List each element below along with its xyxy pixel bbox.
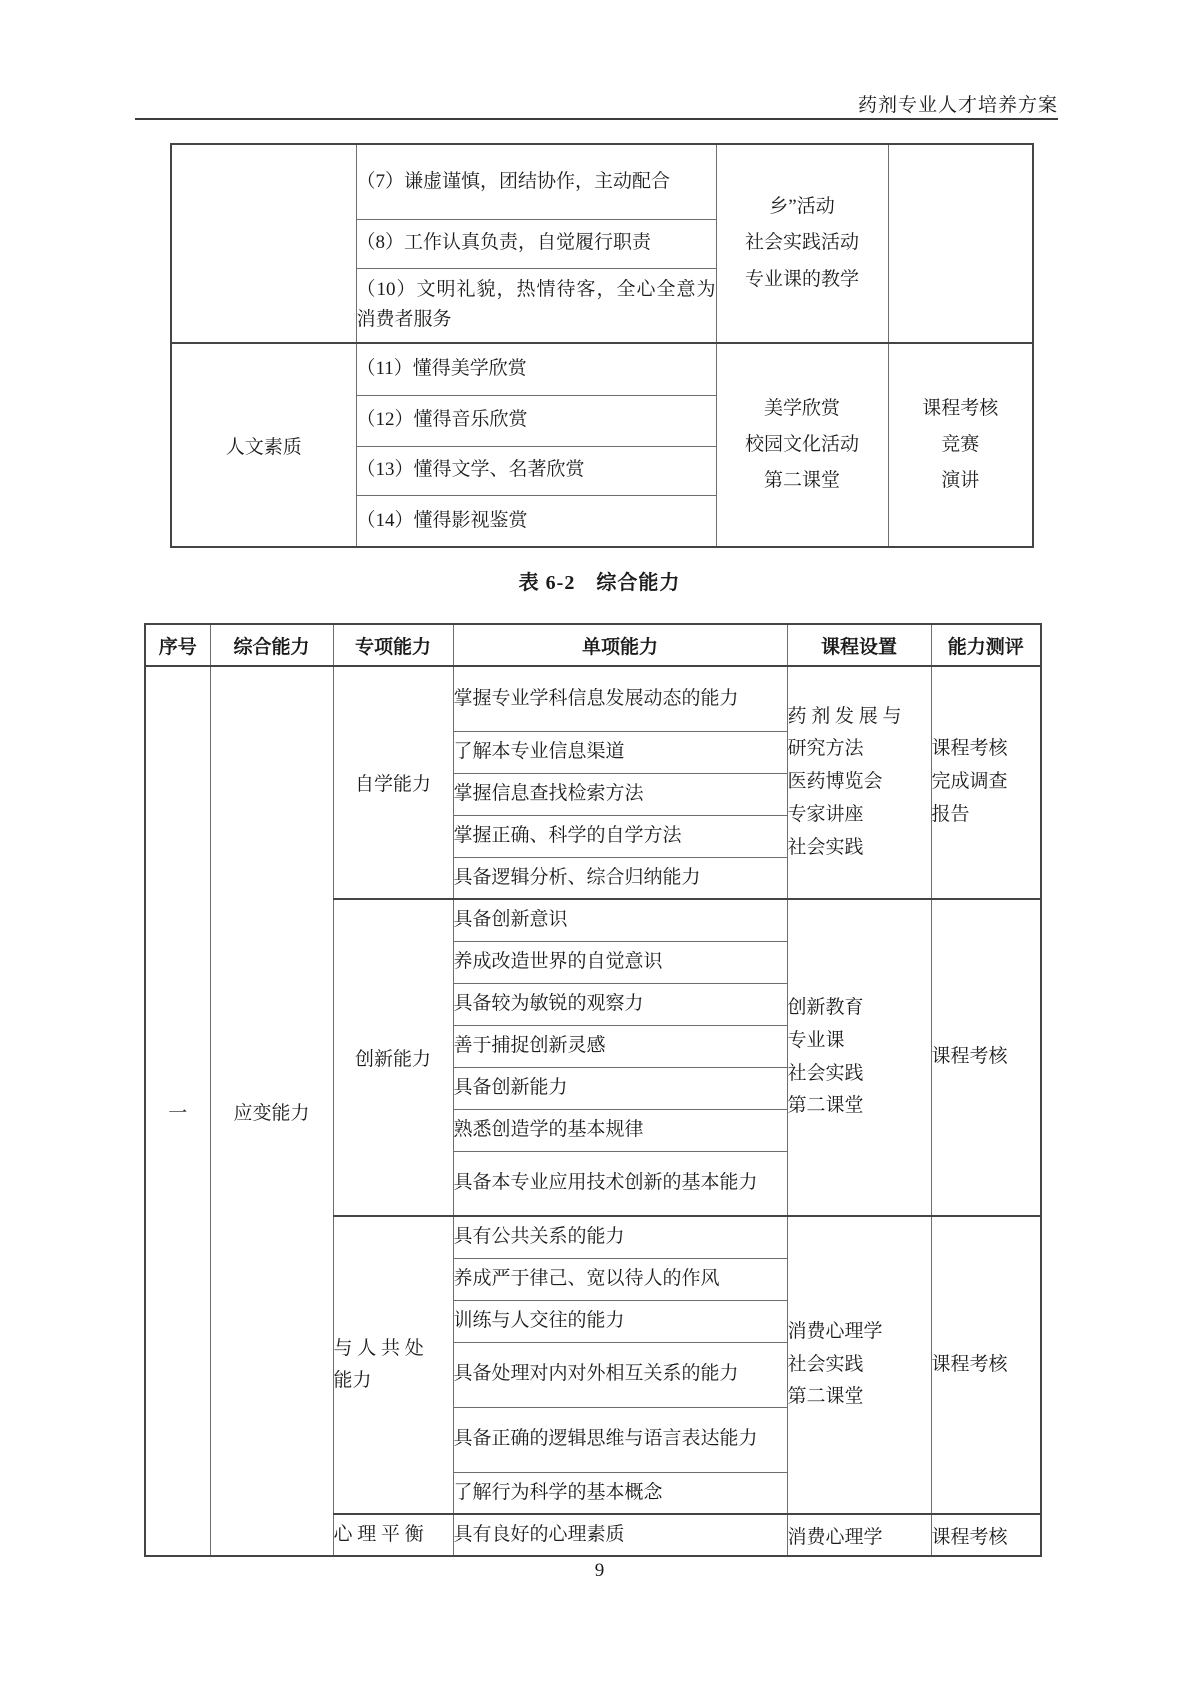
assessment-cell: 课程考核 (931, 899, 1041, 1216)
table-header-row: 序号 综合能力 专项能力 单项能力 课程设置 能力测评 (145, 624, 1041, 666)
assessment-cell-empty (888, 144, 1033, 343)
individual-ability-cell: 具有公共关系的能力 (453, 1216, 787, 1258)
quality-item-cell: （12）懂得音乐欣赏 (356, 395, 716, 446)
individual-ability-cell: 熟悉创造学的基本规律 (453, 1109, 787, 1151)
specific-ability-cell: 创新能力 (333, 899, 453, 1216)
individual-ability-cell: 具有良好的心理素质 (453, 1514, 787, 1556)
specific-ability-cell: 与 人 共 处 能力 (333, 1216, 453, 1514)
individual-ability-cell: 具备较为敏锐的观察力 (453, 983, 787, 1025)
courses-cell: 美学欣赏 校园文化活动 第二课堂 (716, 343, 888, 547)
individual-ability-cell: 了解本专业信息渠道 (453, 731, 787, 773)
individual-ability-cell: 掌握正确、科学的自学方法 (453, 815, 787, 857)
assessment-cell: 课程考核 竞赛 演讲 (888, 343, 1033, 547)
table-row: 人文素质 （11）懂得美学欣赏 美学欣赏 校园文化活动 第二课堂 课程考核 竞赛… (171, 343, 1033, 395)
col-header-assessment: 能力测评 (931, 624, 1041, 666)
ability-table: 序号 综合能力 专项能力 单项能力 课程设置 能力测评 一 应变能力 自学能力 … (144, 623, 1042, 1557)
courses-cell: 消费心理学 社会实践 第二课堂 (787, 1216, 931, 1514)
individual-ability-cell: 具备正确的逻辑思维与语言表达能力 (453, 1407, 787, 1472)
col-header-composite-ability: 综合能力 (210, 624, 333, 666)
header-divider (135, 118, 1058, 120)
document-page: 药剂专业人才培养方案 （7）谦虚谨慎，团结协作，主动配合 乡”活动 社会实践活动… (0, 0, 1199, 1696)
individual-ability-cell: 具备创新能力 (453, 1067, 787, 1109)
composite-ability-cell: 应变能力 (210, 666, 333, 1556)
quality-table: （7）谦虚谨慎，团结协作，主动配合 乡”活动 社会实践活动 专业课的教学 （8）… (170, 143, 1034, 548)
individual-ability-cell: 具备逻辑分析、综合归纳能力 (453, 857, 787, 899)
assessment-cell: 课程考核 完成调查 报告 (931, 666, 1041, 899)
quality-item-cell: （14）懂得影视鉴赏 (356, 495, 716, 547)
courses-cell: 消费心理学 (787, 1514, 931, 1556)
individual-ability-cell: 养成改造世界的自觉意识 (453, 941, 787, 983)
serial-cell: 一 (145, 666, 210, 1556)
category-cell-humanities: 人文素质 (171, 343, 356, 547)
quality-item-cell: （7）谦虚谨慎，团结协作，主动配合 (356, 144, 716, 219)
table-row: 一 应变能力 自学能力 掌握专业学科信息发展动态的能力 药 剂 发 展 与 研究… (145, 666, 1041, 731)
col-header-individual-ability: 单项能力 (453, 624, 787, 666)
quality-item-cell: （11）懂得美学欣赏 (356, 343, 716, 395)
individual-ability-cell: 善于捕捉创新灵感 (453, 1025, 787, 1067)
individual-ability-cell: 养成严于律己、宽以待人的作风 (453, 1258, 787, 1300)
quality-item-cell: （8）工作认真负责，自觉履行职责 (356, 219, 716, 268)
individual-ability-cell: 具备处理对内对外相互关系的能力 (453, 1342, 787, 1407)
courses-cell: 乡”活动 社会实践活动 专业课的教学 (716, 144, 888, 343)
quality-item-cell: （13）懂得文学、名著欣赏 (356, 446, 716, 495)
individual-ability-cell: 了解行为科学的基本概念 (453, 1472, 787, 1514)
specific-ability-cell: 自学能力 (333, 666, 453, 899)
individual-ability-cell: 具备创新意识 (453, 899, 787, 941)
category-cell-empty (171, 144, 356, 343)
table-caption: 表 6-2 综合能力 (0, 566, 1199, 595)
page-header-title: 药剂专业人才培养方案 (858, 90, 1058, 117)
quality-item-cell: （10）文明礼貌，热情待客，全心全意为消费者服务 (356, 268, 716, 343)
individual-ability-cell: 掌握专业学科信息发展动态的能力 (453, 666, 787, 731)
col-header-specific-ability: 专项能力 (333, 624, 453, 666)
individual-ability-cell: 具备本专业应用技术创新的基本能力 (453, 1151, 787, 1216)
col-header-courses: 课程设置 (787, 624, 931, 666)
courses-cell: 创新教育 专业课 社会实践 第二课堂 (787, 899, 931, 1216)
assessment-cell: 课程考核 (931, 1216, 1041, 1514)
individual-ability-cell: 掌握信息查找检索方法 (453, 773, 787, 815)
individual-ability-cell: 训练与人交往的能力 (453, 1300, 787, 1342)
col-header-serial: 序号 (145, 624, 210, 666)
table-row: （7）谦虚谨慎，团结协作，主动配合 乡”活动 社会实践活动 专业课的教学 (171, 144, 1033, 219)
page-number: 9 (0, 1560, 1199, 1582)
assessment-cell: 课程考核 (931, 1514, 1041, 1556)
courses-cell: 药 剂 发 展 与 研究方法 医药博览会 专家讲座 社会实践 (787, 666, 931, 899)
specific-ability-cell: 心 理 平 衡 (333, 1514, 453, 1556)
